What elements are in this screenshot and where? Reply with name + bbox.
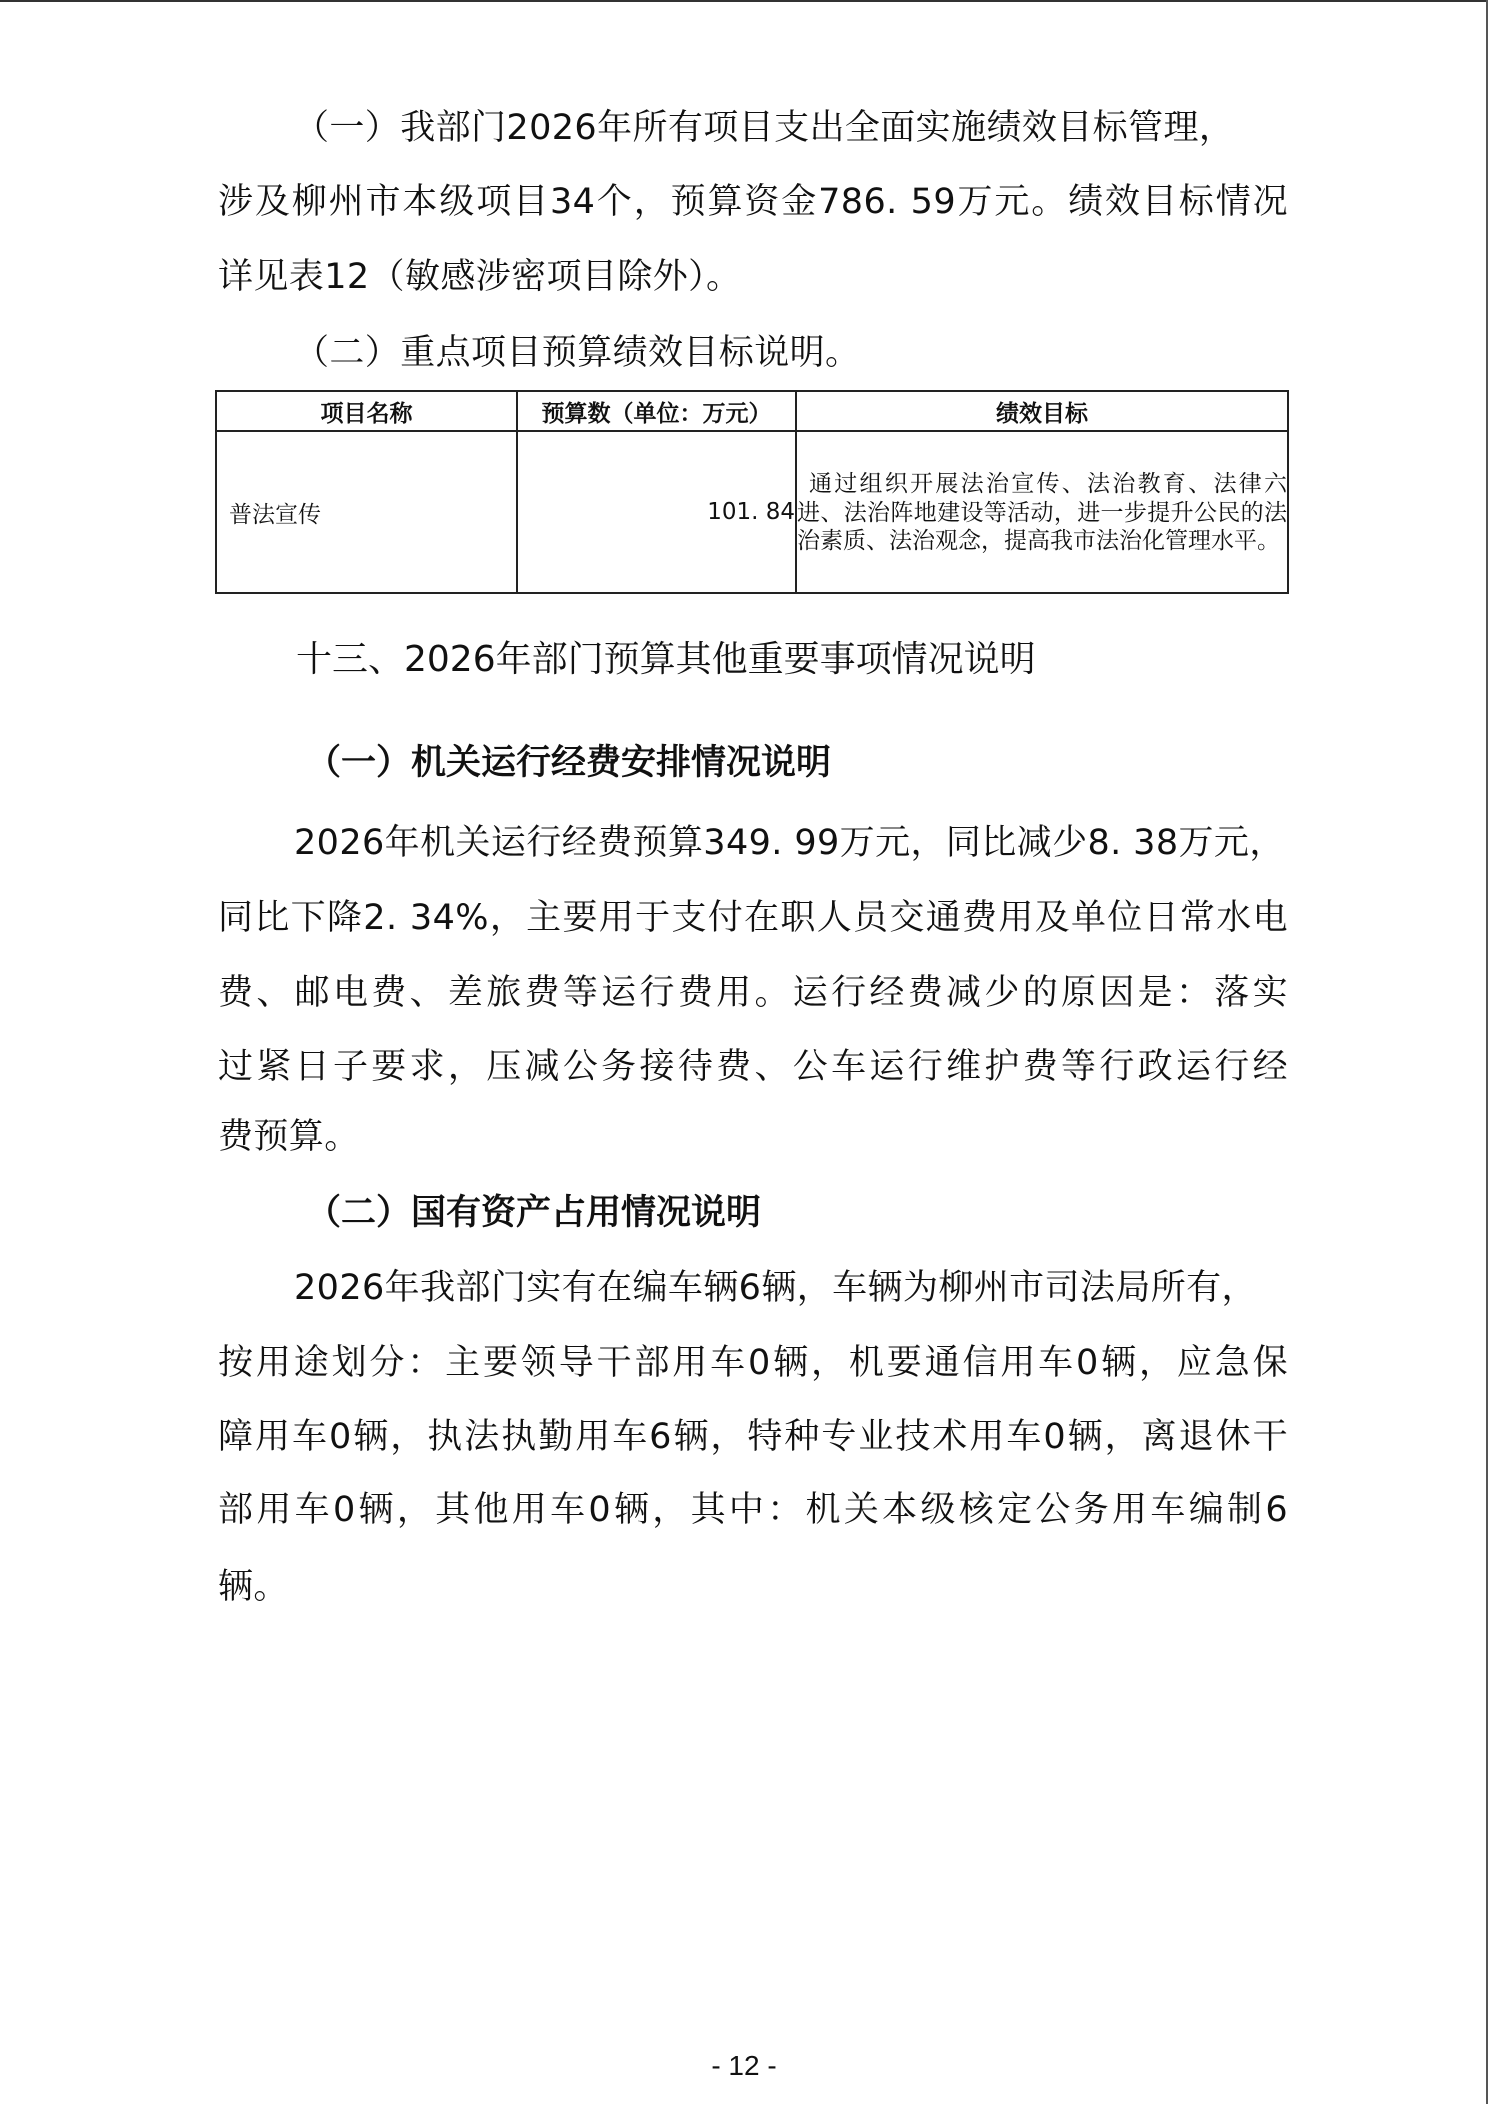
page-number: - 12 -	[0, 2050, 1488, 2082]
subsection-title: （二）国有资产占用情况说明	[306, 1191, 1376, 1235]
paragraph-line: 2026年我部门实有在编车辆6辆，车辆为柳州市司法局所有，	[294, 1266, 1364, 1310]
paragraph-line: 障用车0辆，执法执勤用车6辆，特种专业技术用车0辆，离退休干	[218, 1415, 1288, 1459]
paragraph-line: 涉及柳州市本级项目34个，预算资金786. 59万元。绩效目标情况	[218, 180, 1288, 224]
paragraph-line: 同比下降2. 34%，主要用于支付在职人员交通费用及单位日常水电	[218, 896, 1288, 940]
subsection-title: （一）机关运行经费安排情况说明	[306, 741, 1376, 785]
paragraph-line: 部用车0辆，其他用车0辆，其中：机关本级核定公务用车编制6	[218, 1488, 1288, 1532]
paragraph-line: 过紧日子要求，压减公务接待费、公车运行维护费等行政运行经	[218, 1045, 1288, 1089]
paragraph-line: 详见表12（敏感涉密项目除外）。	[218, 255, 1288, 299]
paragraph-line: 费、邮电费、差旅费等运行费用。运行经费减少的原因是：落实	[218, 971, 1288, 1015]
page-top-border	[0, 0, 1488, 2]
performance-goal-text: 通过组织开展法治宣传、法治教育、法律六进、法治阵地建设等活动，进一步提升公民的法…	[797, 470, 1287, 556]
paragraph-line: 2026年机关运行经费预算349. 99万元，同比减少8. 38万元，	[294, 821, 1364, 865]
column-header-project-name: 项目名称	[216, 391, 517, 431]
paragraph-line: （一）我部门2026年所有项目支出全面实施绩效目标管理，	[294, 106, 1364, 150]
cell-performance-goal: 通过组织开展法治宣传、法治教育、法律六进、法治阵地建设等活动，进一步提升公民的法…	[796, 431, 1288, 593]
paragraph-line: 按用途划分：主要领导干部用车0辆，机要通信用车0辆，应急保	[218, 1341, 1288, 1385]
table-row: 普法宣传 101. 84 通过组织开展法治宣传、法治教育、法律六进、法治阵地建设…	[216, 431, 1288, 593]
section-heading: 十三、2026年部门预算其他重要事项情况说明	[296, 638, 1366, 682]
cell-budget-amount: 101. 84	[517, 431, 796, 593]
paragraph-line: 辆。	[218, 1565, 1288, 1609]
column-header-budget: 预算数（单位：万元）	[517, 391, 796, 431]
paragraph-line: 费预算。	[218, 1115, 1288, 1159]
table-header-row: 项目名称 预算数（单位：万元） 绩效目标	[216, 391, 1288, 431]
performance-goal-table: 项目名称 预算数（单位：万元） 绩效目标 普法宣传 101. 84 通过组织开展…	[215, 390, 1289, 594]
cell-project-name: 普法宣传	[216, 431, 517, 593]
paragraph-line: （二）重点项目预算绩效目标说明。	[294, 331, 1364, 375]
column-header-performance-goal: 绩效目标	[796, 391, 1288, 431]
